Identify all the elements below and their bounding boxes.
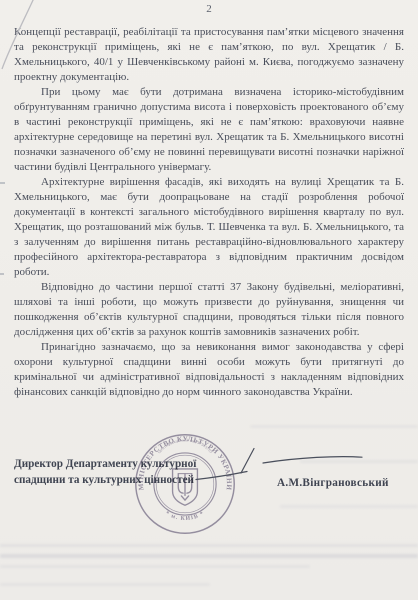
stamp-city-text: * м. КИЇВ * xyxy=(164,511,206,522)
scan-streak xyxy=(0,554,418,558)
scan-streak xyxy=(0,544,418,547)
scan-edge-marks xyxy=(0,183,5,274)
body-paragraph: При цьому має бути дотримана визначена і… xyxy=(14,85,404,175)
letter-body: Концепції реставрації, реабілітації та п… xyxy=(14,25,404,400)
page-number: 2 xyxy=(0,3,418,15)
scan-streak xyxy=(0,565,310,568)
signatory-name: А.М.Вінграновський xyxy=(277,477,389,489)
body-paragraph: Принагідно зазначаємо, що за невиконання… xyxy=(14,340,404,400)
scan-streak xyxy=(0,583,210,586)
scanned-document-page: 2 Концепції реставрації, реабілітації та… xyxy=(0,0,418,600)
scan-streak xyxy=(300,460,418,463)
trident-emblem-icon xyxy=(173,469,198,505)
body-paragraph: Архітектурне вирішення фасадів, які вихо… xyxy=(14,175,404,280)
official-stamp: МІНІСТЕРСТВО КУЛЬТУРИ УКРАЇНИ Ідентифіка… xyxy=(128,427,242,541)
scan-streak xyxy=(250,425,418,428)
body-paragraph: Відповідно до частини першої статті 37 З… xyxy=(14,280,404,340)
body-paragraph: Концепції реставрації, реабілітації та п… xyxy=(14,25,404,85)
scan-streak xyxy=(280,505,418,508)
